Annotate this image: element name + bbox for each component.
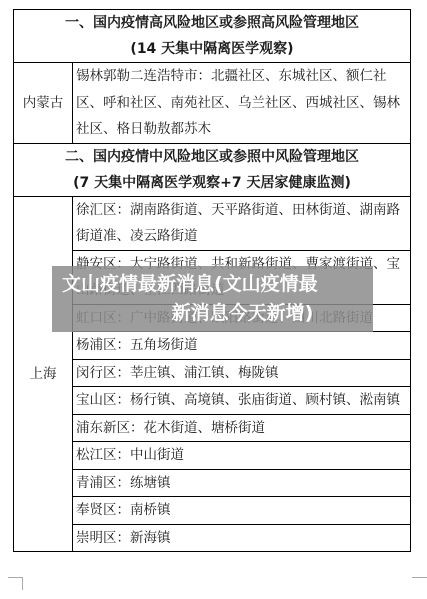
area-cell: 奉贤区：南桥镇 [73, 497, 411, 525]
table-row: 上海 徐汇区：湖南路街道、天平路街道、田林街道、湖南路街道准、凌云路街道 [14, 196, 411, 250]
region-cell: 上海 [14, 196, 73, 552]
table-row: 杨浦区：五角场街道 [14, 332, 411, 360]
table-row: 宝山区：杨行镇、高境镇、张庙街道、顾村镇、淞南镇 [14, 387, 411, 415]
area-cell: 闵行区：莘庄镇、浦江镇、梅陇镇 [73, 359, 411, 387]
section-header-row: 一、国内疫情高风险地区或参照高风险管理地区 (14 天集中隔离医学观察) [14, 10, 411, 63]
section-title: 二、国内疫情中风险地区或参照中风险管理地区 [14, 144, 410, 170]
table-row: 奉贤区：南桥镇 [14, 497, 411, 525]
overlay-title-line-1: 文山疫情最新消息(文山疫情最 [52, 270, 373, 299]
page-corner-mark-left [8, 577, 23, 590]
section-subtitle: (7 天集中隔离医学观察+7 天居家健康监测) [14, 170, 410, 196]
table-row: 闵行区：莘庄镇、浦江镇、梅陇镇 [14, 359, 411, 387]
region-cell: 内蒙古 [14, 63, 73, 144]
area-cell: 锡林郭勒二连浩特市：北疆社区、东城社区、额仁社区、呼和社区、南苑社区、乌兰社区、… [73, 63, 411, 144]
table-row: 松江区：中山街道 [14, 442, 411, 470]
table-row: 内蒙古 锡林郭勒二连浩特市：北疆社区、东城社区、额仁社区、呼和社区、南苑社区、乌… [14, 63, 411, 144]
area-cell: 宝山区：杨行镇、高境镇、张庙街道、顾村镇、淞南镇 [73, 387, 411, 415]
area-cell: 青浦区：练塘镇 [73, 469, 411, 497]
section-subtitle: (14 天集中隔离医学观察) [14, 36, 410, 62]
area-cell: 徐汇区：湖南路街道、天平路街道、田林街道、湖南路街道准、凌云路街道 [73, 196, 411, 250]
section-title: 一、国内疫情高风险地区或参照高风险管理地区 [14, 10, 410, 36]
title-overlay-banner: 文山疫情最新消息(文山疫情最 新消息今天新增) [52, 266, 373, 332]
section-header-medium-risk: 二、国内疫情中风险地区或参照中风险管理地区 (7 天集中隔离医学观察+7 天居家… [14, 143, 411, 196]
area-cell: 崇明区：新海镇 [73, 524, 411, 552]
table-row: 崇明区：新海镇 [14, 524, 411, 552]
section-header-row: 二、国内疫情中风险地区或参照中风险管理地区 (7 天集中隔离医学观察+7 天居家… [14, 143, 411, 196]
table-row: 青浦区：练塘镇 [14, 469, 411, 497]
area-cell: 杨浦区：五角场街道 [73, 332, 411, 360]
area-cell: 浦东新区：花木街道、塘桥街道 [73, 414, 411, 442]
area-cell: 松江区：中山街道 [73, 442, 411, 470]
overlay-title-line-2: 新消息今天新增) [52, 299, 373, 328]
page-corner-mark-right [412, 577, 427, 588]
table-row: 浦东新区：花木街道、塘桥街道 [14, 414, 411, 442]
section-header-high-risk: 一、国内疫情高风险地区或参照高风险管理地区 (14 天集中隔离医学观察) [14, 10, 411, 63]
